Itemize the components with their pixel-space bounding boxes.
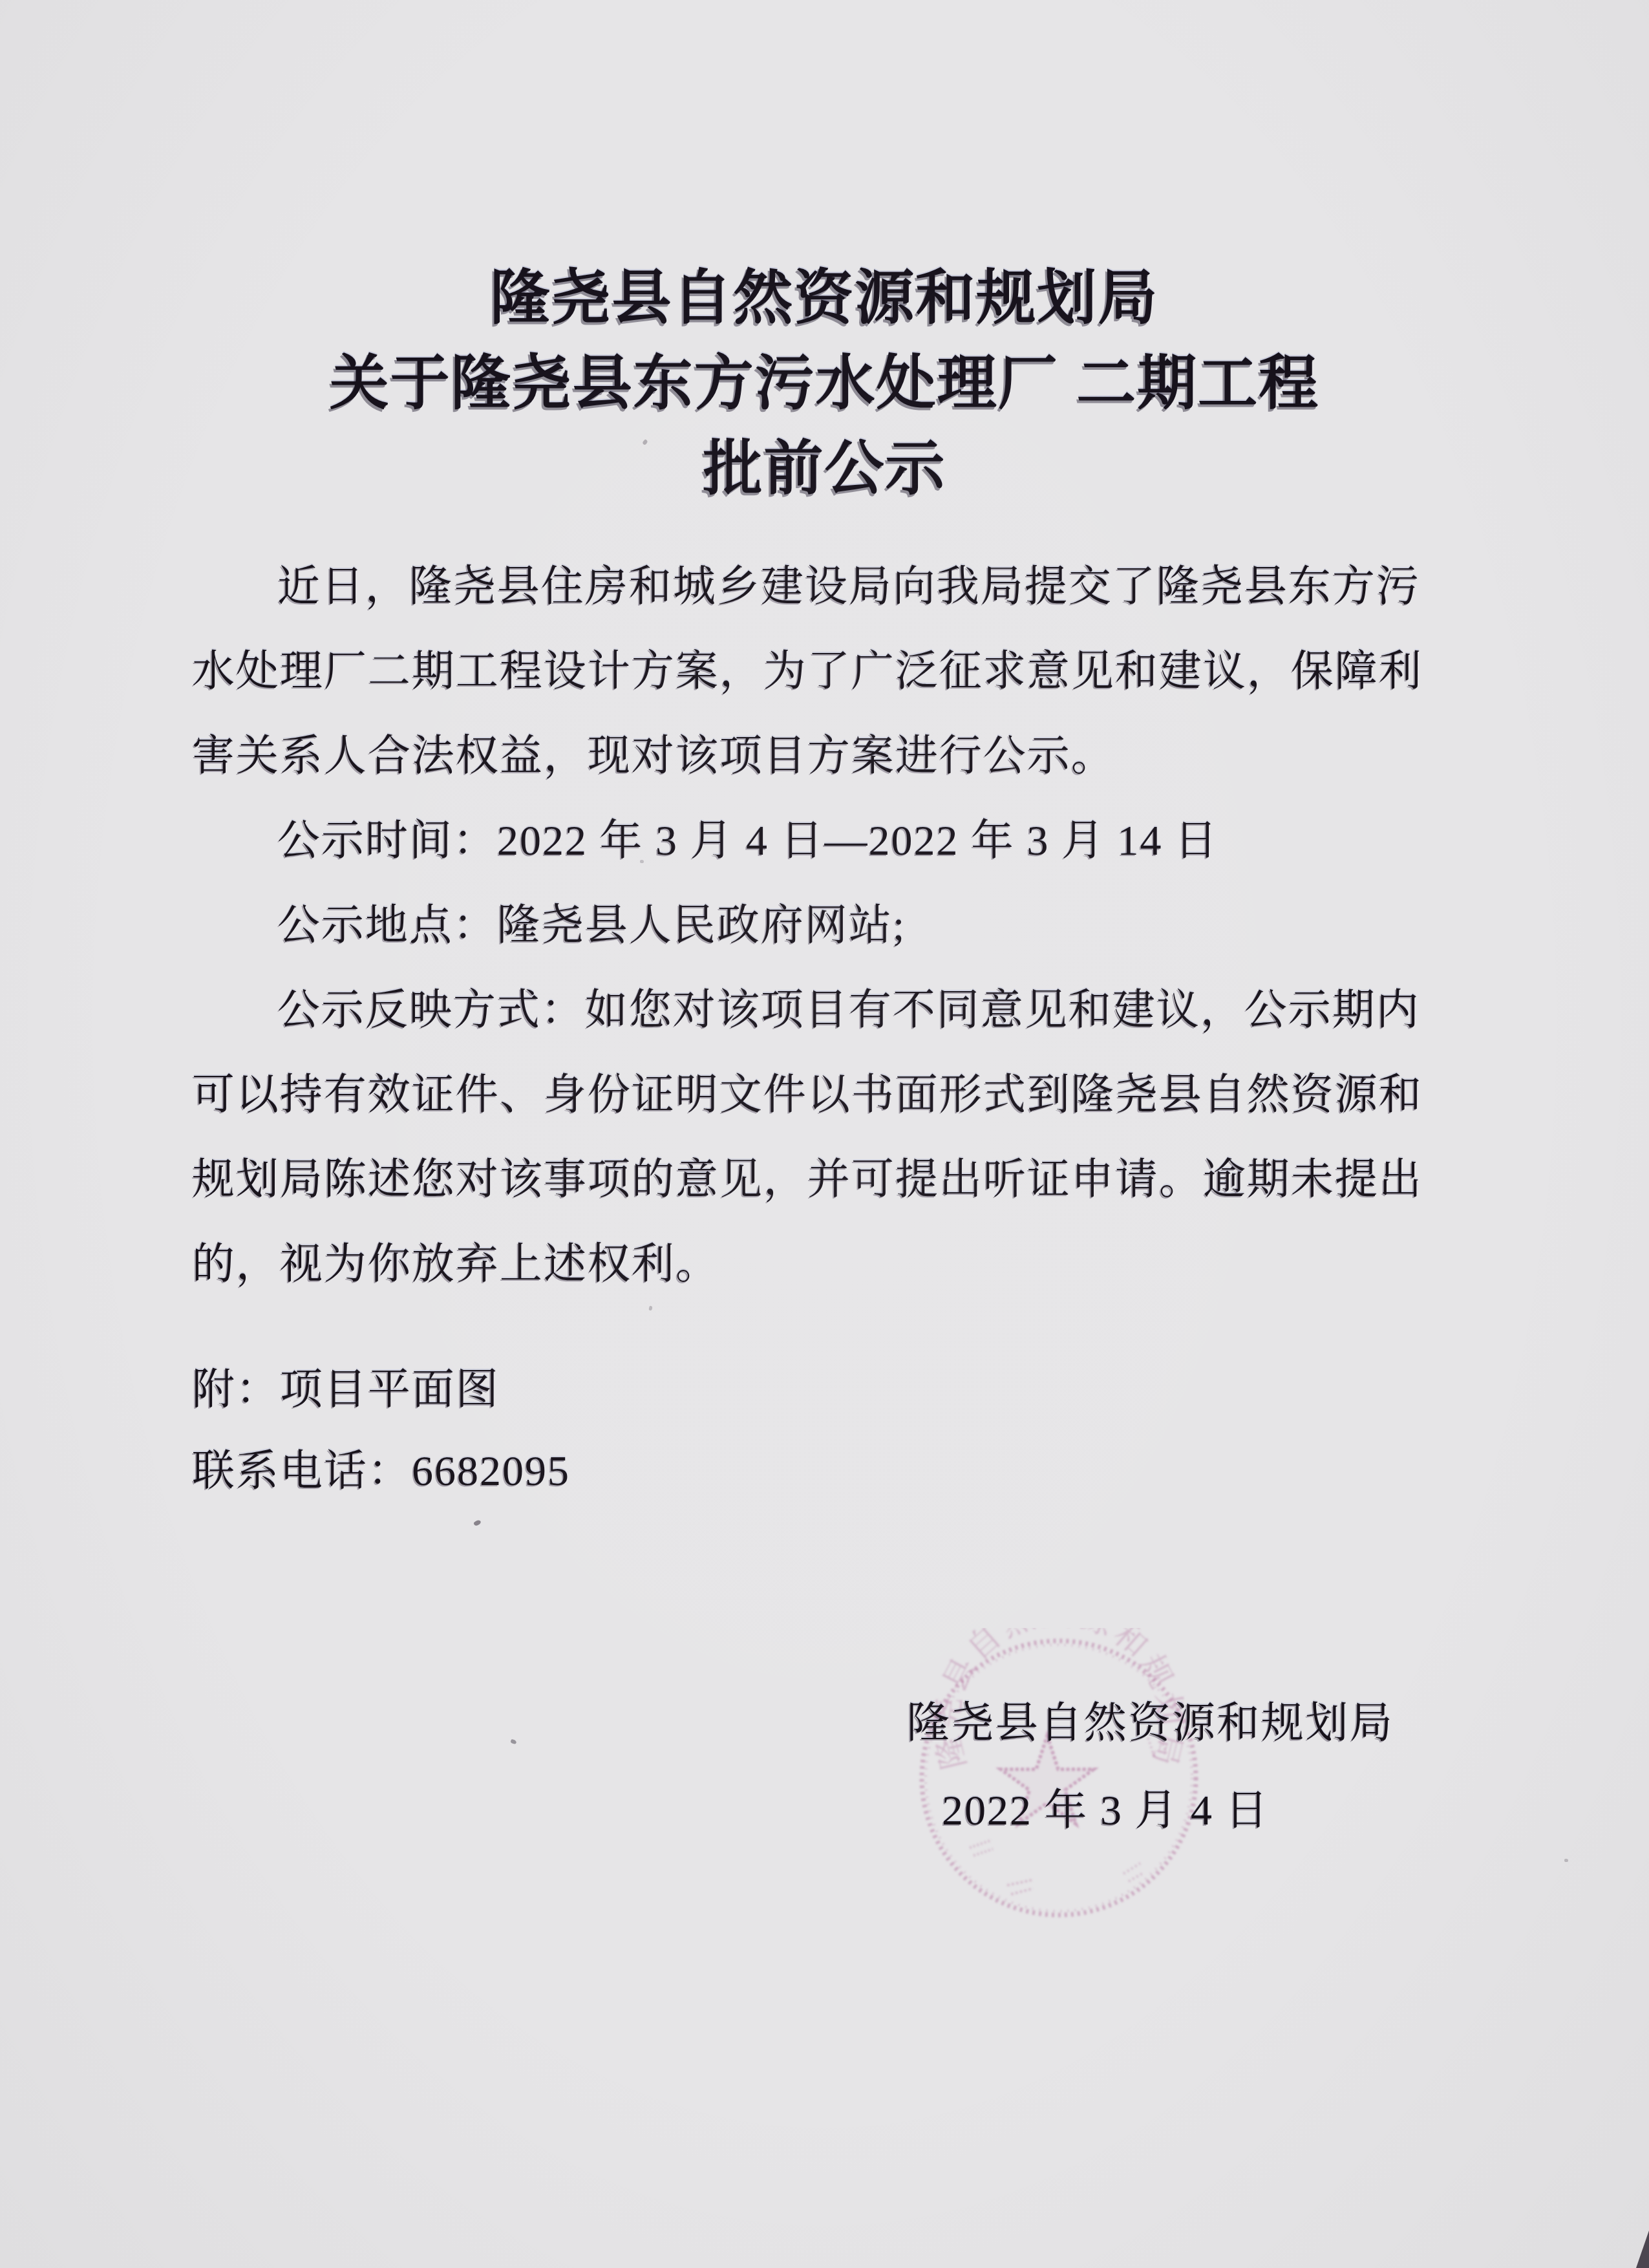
title-line-1: 隆尧县自然资源和规划局 [0, 255, 1649, 341]
body-line: 规划局陈述您对该事项的意见，并可提出听证申请。逾期未提出 [192, 1137, 1440, 1222]
body-line: 害关系人合法权益，现对该项目方案进行公示。 [192, 714, 1440, 798]
ink-speck [640, 860, 644, 863]
body-line-publicity-time: 公示时间：2022 年 3 月 4 日—2022 年 3 月 14 日 [192, 798, 1440, 883]
body-line-publicity-place: 公示地点：隆尧县人民政府网站; [192, 883, 1440, 968]
signature-date: 2022 年 3 月 4 日 [942, 1768, 1270, 1853]
body-line: 可以持有效证件、身份证明文件以书面形式到隆尧县自然资源和 [192, 1053, 1440, 1137]
title-line-2: 关于隆尧县东方污水处理厂 二期工程 [0, 341, 1649, 426]
signature-bureau-name: 隆尧县自然资源和规划局 [907, 1681, 1394, 1766]
document-title: 隆尧县自然资源和规划局 关于隆尧县东方污水处理厂 二期工程 批前公示 [0, 255, 1649, 511]
ink-speck [510, 1739, 517, 1745]
body-line: 近日，隆尧县住房和城乡建设局向我局提交了隆尧县东方污 [192, 544, 1440, 629]
notice-body: 近日，隆尧县住房和城乡建设局向我局提交了隆尧县东方污 水处理厂二期工程设计方案，… [192, 544, 1440, 1307]
ink-speck [473, 1519, 482, 1527]
page-corner-shadow [1636, 2231, 1649, 2268]
body-line-feedback-method: 公示反映方式：如您对该项目有不同意见和建议，公示期内 [192, 968, 1440, 1053]
ink-speck [1564, 1859, 1568, 1862]
attachment-contact-block: 附：项目平面图 联系电话：6682095 [192, 1349, 570, 1512]
ink-speck [648, 1305, 653, 1311]
title-line-3: 批前公示 [0, 426, 1649, 511]
attachment-line: 附：项目平面图 [192, 1349, 570, 1431]
body-line: 的，视为你放弃上述权利。 [192, 1222, 1440, 1307]
scanned-notice-page: 隆尧县自然资源和规划局 关于隆尧县东方污水处理厂 二期工程 批前公示 近日，隆尧… [0, 0, 1649, 2268]
body-line: 水处理厂二期工程设计方案，为了广泛征求意见和建议，保障利 [192, 629, 1440, 714]
contact-phone-line: 联系电话：6682095 [192, 1431, 570, 1512]
